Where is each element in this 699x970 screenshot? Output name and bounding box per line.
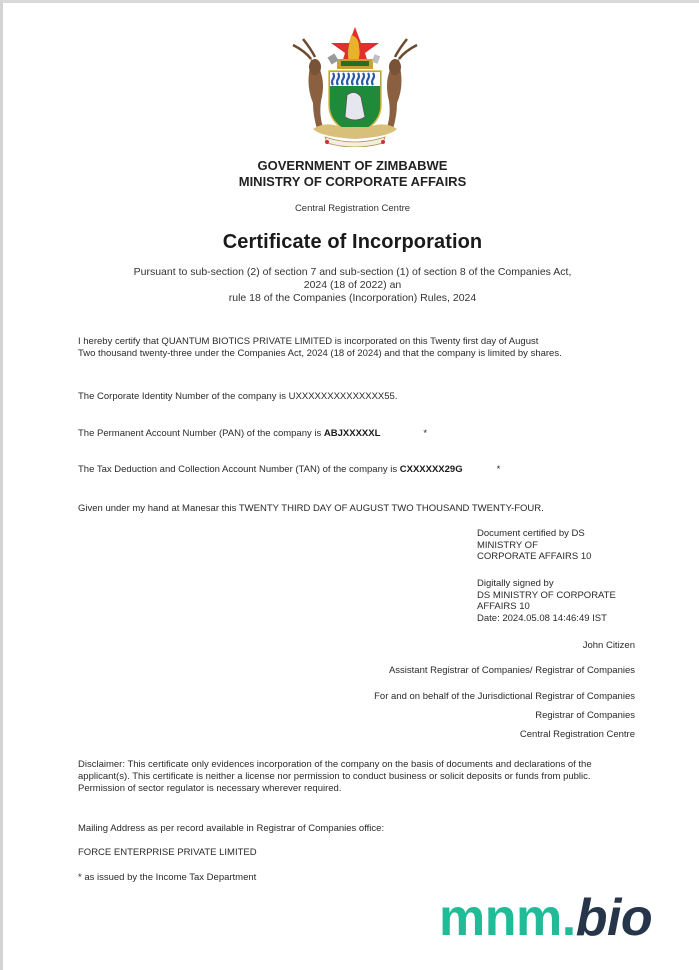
on-behalf-line: For and on behalf of the Jurisdictional …: [374, 691, 635, 702]
pursuant-line-2: 2024 (18 of 2022) an: [3, 279, 699, 292]
signed-line-2: DS MINISTRY OF CORPORATE: [477, 590, 616, 602]
registrar-line: Registrar of Companies: [535, 710, 635, 721]
pursuant-statement: Pursuant to sub-section (2) of section 7…: [3, 266, 699, 305]
watermark-part-2: bio: [576, 889, 652, 947]
pursuant-line-3: rule 18 of the Companies (Incorporation)…: [3, 292, 699, 305]
sub-office-label: Central Registration Centre: [3, 203, 699, 214]
tan-value: CXXXXXX29G: [400, 464, 463, 475]
signed-line-1: Digitally signed by: [477, 578, 616, 590]
certified-line-3: CORPORATE AFFAIRS 10: [477, 551, 591, 563]
tan-statement: The Tax Deduction and Collection Account…: [78, 464, 500, 476]
centre-line: Central Registration Centre: [520, 729, 635, 740]
government-heading: GOVERNMENT OF ZIMBABWE MINISTRY OF CORPO…: [3, 158, 699, 190]
signed-date: Date: 2024.05.08 14:46:49 IST: [477, 613, 616, 625]
given-statement: Given under my hand at Manesar this TWEN…: [78, 503, 544, 515]
watermark-part-1: mnm.: [439, 889, 576, 947]
certify-line-1: I hereby certify that QUANTUM BIOTICS PR…: [78, 336, 562, 348]
pan-asterisk: *: [423, 428, 427, 440]
certified-line-2: MINISTRY OF: [477, 540, 591, 552]
digital-signature-block: Digitally signed by DS MINISTRY OF CORPO…: [477, 578, 616, 624]
certify-line-2: Two thousand twenty-three under the Comp…: [78, 348, 562, 360]
certificate-page: GOVERNMENT OF ZIMBABWE MINISTRY OF CORPO…: [0, 0, 699, 970]
mailing-company-name: FORCE ENTERPRISE PRIVATE LIMITED: [78, 847, 257, 859]
ministry-name: MINISTRY OF CORPORATE AFFAIRS: [3, 174, 699, 190]
cin-statement: The Corporate Identity Number of the com…: [78, 391, 397, 403]
tan-label: The Tax Deduction and Collection Account…: [78, 464, 400, 475]
mailing-address-label: Mailing Address as per record available …: [78, 823, 384, 835]
zimbabwe-coat-of-arms-icon: [285, 25, 425, 147]
government-name: GOVERNMENT OF ZIMBABWE: [3, 158, 699, 174]
pan-value: ABJXXXXXL: [324, 428, 381, 439]
certified-by-block: Document certified by DS MINISTRY OF COR…: [477, 528, 591, 563]
tan-asterisk: *: [497, 464, 501, 476]
signed-line-3: AFFAIRS 10: [477, 601, 616, 613]
pursuant-line-1: Pursuant to sub-section (2) of section 7…: [3, 266, 699, 279]
certificate-title: Certificate of Incorporation: [3, 231, 699, 254]
disclaimer-text: Disclaimer: This certificate only eviden…: [78, 759, 638, 795]
watermark-logo: mnm.bio: [439, 887, 652, 949]
pan-statement: The Permanent Account Number (PAN) of th…: [78, 428, 427, 440]
certified-line-1: Document certified by DS: [477, 528, 591, 540]
signer-name: John Citizen: [583, 640, 635, 651]
pan-label: The Permanent Account Number (PAN) of th…: [78, 428, 324, 439]
footnote-text: * as issued by the Income Tax Department: [78, 872, 256, 884]
certification-statement: I hereby certify that QUANTUM BIOTICS PR…: [78, 336, 562, 360]
signer-role: Assistant Registrar of Companies/ Regist…: [389, 665, 635, 676]
